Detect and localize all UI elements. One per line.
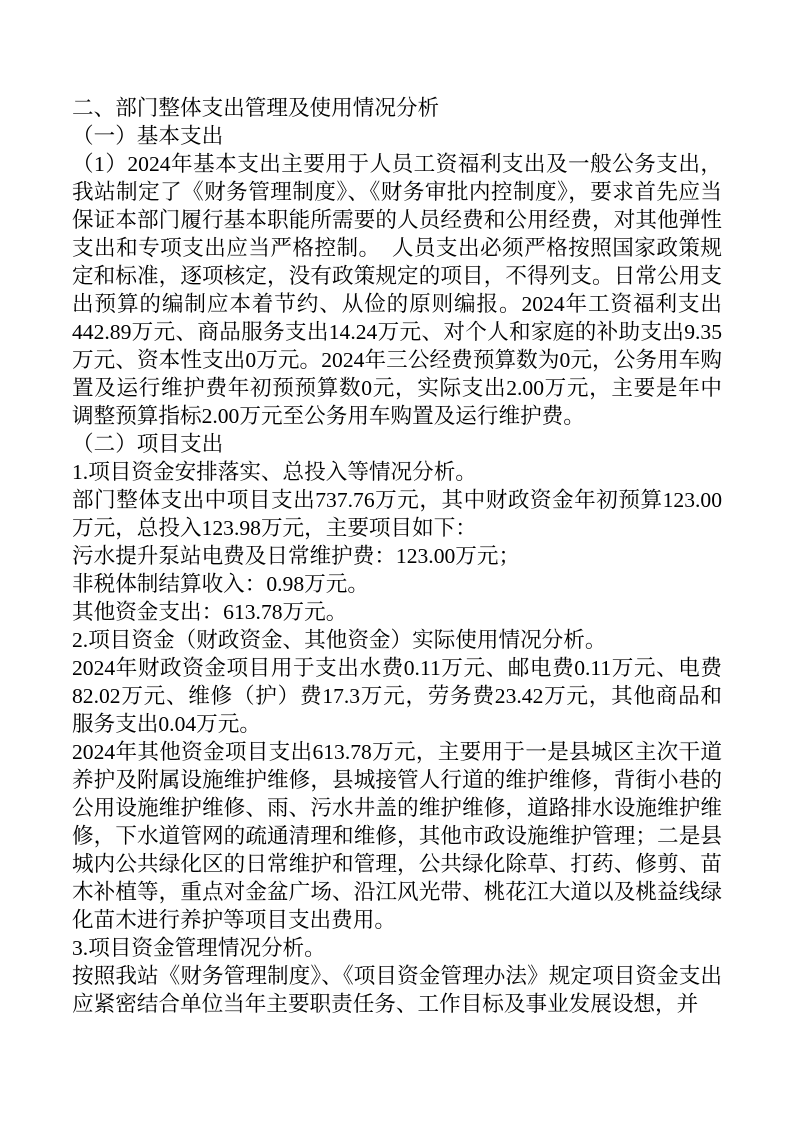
paragraph-non-tax-settlement-item: 非税体制结算收入：0.98万元。 (72, 570, 722, 598)
paragraph-other-fund-usage: 2024年其他资金项目支出613.78万元，主要用于一是县城区主次干道养护及附属… (72, 738, 722, 934)
document-page: 二、部门整体支出管理及使用情况分析 （一）基本支出 （1）2024年基本支出主要… (0, 0, 793, 1122)
paragraph-basic-expenditure-analysis: （1）2024年基本支出主要用于人员工资福利支出及一般公务支出，我站制定了《财务… (72, 150, 722, 430)
paragraph-project-fund-arrangement: 部门整体支出中项目支出737.76万元，其中财政资金年初预算123.00万元，总… (72, 486, 722, 542)
item-heading-project-fund-arrangement: 1.项目资金安排落实、总投入等情况分析。 (72, 458, 722, 486)
paragraph-fiscal-fund-usage: 2024年财政资金项目用于支出水费0.11万元、邮电费0.11万元、电费82.0… (72, 654, 722, 738)
subsection-heading-basic-expenditure: （一）基本支出 (72, 122, 722, 150)
section-heading-overall-expenditure: 二、部门整体支出管理及使用情况分析 (72, 94, 722, 122)
item-heading-project-fund-management: 3.项目资金管理情况分析。 (72, 934, 722, 962)
paragraph-project-fund-management: 按照我站《财务管理制度》、《项目资金管理办法》规定项目资金支出应紧密结合单位当年… (72, 962, 722, 1018)
item-heading-project-fund-usage: 2.项目资金（财政资金、其他资金）实际使用情况分析。 (72, 626, 722, 654)
paragraph-other-fund-expenditure-item: 其他资金支出：613.78万元。 (72, 598, 722, 626)
subsection-heading-project-expenditure: （二）项目支出 (72, 430, 722, 458)
paragraph-sewage-pump-station-item: 污水提升泵站电费及日常维护费：123.00万元； (72, 542, 722, 570)
